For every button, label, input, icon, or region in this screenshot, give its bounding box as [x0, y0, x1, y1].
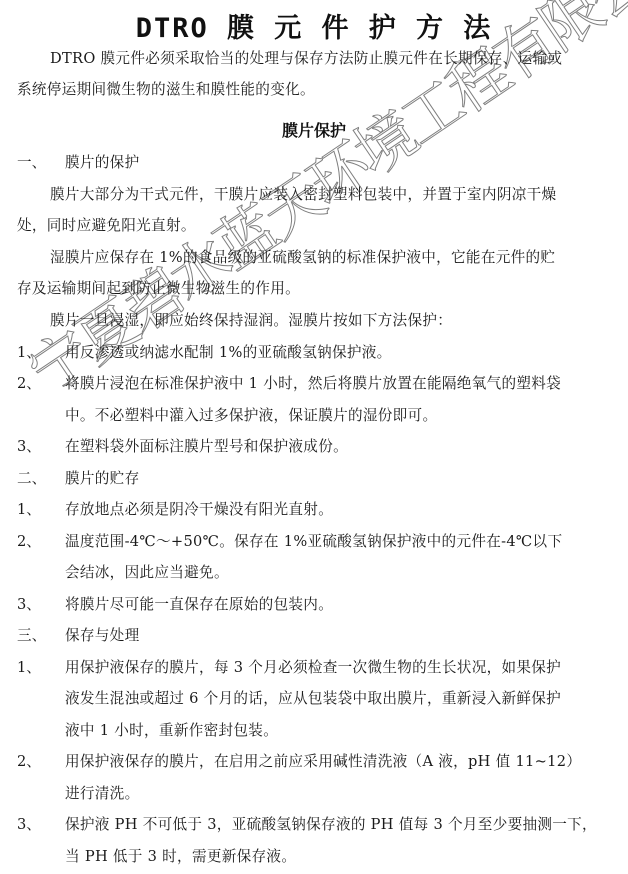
part1-number: 一、: [17, 154, 46, 172]
intro-line-2: 系统停运期间微生物的滋生和膜性能的变化。: [17, 81, 315, 99]
part2-item2-number: 2、: [17, 533, 41, 551]
part1-p2-line1: 湿膜片应保存在 1%的食品级的亚硫酸氢钠的标准保护液中，它能在元件的贮: [50, 249, 555, 267]
intro-line-1: DTRO 膜元件必须采取恰当的处理与保存方法防止膜元件在长期保存、运输或: [50, 50, 562, 68]
part3-item2-number: 2、: [17, 753, 41, 771]
part3-item3-number: 3、: [17, 816, 41, 834]
part1-p1-line1: 膜片大部分为干式元件，干膜片应装入密封塑料包装中，并置于室内阴凉干燥: [50, 186, 556, 204]
part1-p2-line2: 存及运输期间起到防止微生物滋生的作用。: [17, 280, 300, 298]
part2-heading: 膜片的贮存: [65, 470, 139, 488]
part1-item2-line1: 将膜片浸泡在标准保护液中 1 小时，然后将膜片放置在能隔绝氧气的塑料袋: [65, 375, 561, 393]
document-title: DTRO 膜 元 件 护 方 法: [0, 6, 628, 45]
part3-item1-line3: 液中 1 小时，重新作密封包装。: [65, 722, 278, 740]
part1-p1-line2: 处，同时应避免阳光直射。: [17, 217, 196, 235]
part2-item1-number: 1、: [17, 501, 41, 519]
part2-item2-line2: 会结冰，因此应当避免。: [65, 564, 229, 582]
part2-item2-line1: 温度范围-4℃～+50℃。保存在 1%亚硫酸氢钠保护液中的元件在-4℃以下: [65, 533, 562, 551]
part3-item1-number: 1、: [17, 659, 41, 677]
part1-item2-line2: 中。不必塑料中灌入过多保护液，保证膜片的湿份即可。: [65, 407, 437, 425]
part3-item2-line2: 进行清洗。: [65, 785, 139, 803]
section-title: 膜片保护: [0, 118, 628, 141]
part3-item1-line2: 液发生混浊或超过 6 个月的话，应从包装袋中取出膜片，重新浸入新鲜保护: [65, 690, 561, 708]
part2-number: 二、: [17, 470, 46, 488]
part3-item1-line1: 用保护液保存的膜片，每 3 个月必须检查一次微生物的生长状况，如果保护: [65, 659, 561, 677]
part1-heading: 膜片的保护: [65, 154, 139, 172]
part3-item3-line2: 当 PH 低于 3 时，需更新保存液。: [65, 848, 296, 866]
part2-item1-line1: 存放地点必须是阴冷干燥没有阳光直射。: [65, 501, 333, 519]
part1-item1-line1: 用反渗透或纳滤水配制 1%的亚硫酸氢钠保护液。: [65, 344, 392, 362]
part3-item2-line1: 用保护液保存的膜片，在启用之前应采用碱性清洗液（A 液，pH 值 11~12）: [65, 753, 581, 771]
part3-number: 三、: [17, 627, 46, 645]
part2-item3-number: 3、: [17, 596, 41, 614]
part1-item3-number: 3、: [17, 438, 41, 456]
part1-item2-number: 2、: [17, 375, 41, 393]
part1-item3-line1: 在塑料袋外面标注膜片型号和保护液成份。: [65, 438, 348, 456]
part3-item3-line1: 保护液 PH 不可低于 3，亚硫酸氢钠保存液的 PH 值每 3 个月至少要抽测一…: [65, 816, 597, 834]
part1-p3: 膜片一旦浸湿，即应始终保持湿润。湿膜片按如下方法保护：: [50, 312, 452, 330]
part3-heading: 保存与处理: [65, 627, 139, 645]
part2-item3-line1: 将膜片尽可能一直保存在原始的包装内。: [65, 596, 333, 614]
part1-item1-number: 1、: [17, 344, 41, 362]
